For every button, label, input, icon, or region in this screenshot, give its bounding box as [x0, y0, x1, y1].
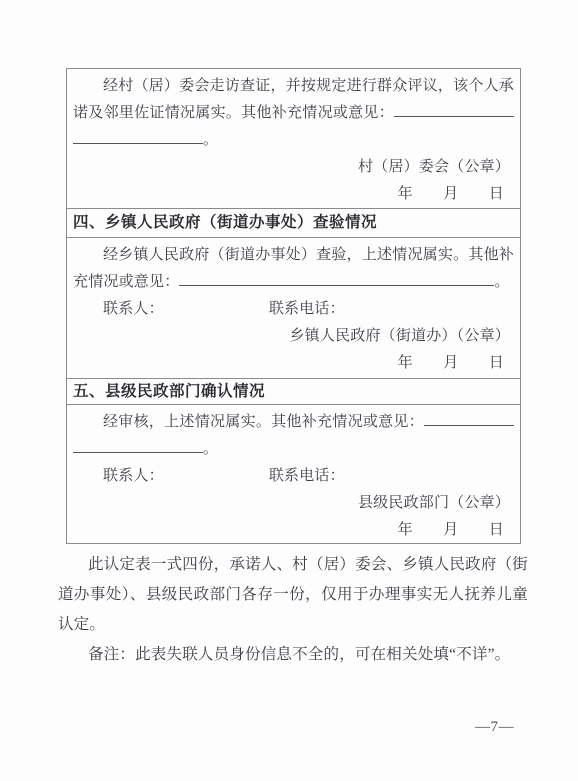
township-phone-label: 联系电话：: [269, 301, 345, 317]
county-civil-affairs-section: 经审核，上述情况属实。其他补充情况或意见：。 联系人：联系电话： 县级民政部门（…: [67, 404, 520, 543]
page-number: —7—: [475, 716, 514, 738]
section5-header: 五、县级民政部门确认情况: [67, 378, 520, 404]
county-seal-label: 县级民政部门（公章）: [73, 490, 514, 517]
county-supplement-blank-1: [424, 412, 514, 426]
county-statement-paragraph: 经审核，上述情况属实。其他补充情况或意见：。: [73, 409, 514, 463]
distribution-note: 此认定表一式四份，承诺人、村（居）委会、乡镇人民政府（街道办事处）、县级民政部门…: [58, 550, 528, 640]
village-seal-label: 村（居）委会（公章）: [73, 154, 514, 181]
village-statement-period: 。: [203, 132, 218, 148]
village-statement-paragraph: 经村（居）委会走访查证，并按规定进行群众评议，该个人承诺及邻里佐证情况属实。其他…: [73, 73, 514, 154]
scanned-form-page: { "village_section": { "statement": "经村（…: [0, 0, 578, 781]
village-supplement-blank-1: [394, 103, 514, 117]
verification-form-table: 经村（居）委会走访查证，并按规定进行群众评议，该个人承诺及邻里佐证情况属实。其他…: [66, 68, 521, 544]
section5-title: 五、县级民政部门确认情况: [73, 383, 265, 400]
county-date-line: 年 月 日: [73, 517, 514, 543]
village-date-line: 年 月 日: [73, 181, 514, 208]
township-contact-label: 联系人：: [103, 301, 164, 317]
footer-notes: 此认定表一式四份，承诺人、村（居）委会、乡镇人民政府（街道办事处）、县级民政部门…: [58, 550, 528, 670]
village-supplement-blank-2: [73, 130, 203, 144]
village-committee-section: 经村（居）委会走访查证，并按规定进行群众评议，该个人承诺及邻里佐证情况属实。其他…: [67, 69, 520, 208]
county-statement-period: 。: [203, 441, 218, 457]
county-contact-line: 联系人：联系电话：: [73, 463, 514, 490]
township-seal-label: 乡镇人民政府（街道办）（公章）: [73, 323, 514, 350]
section4-header: 四、乡镇人民政府（街道办事处）查验情况: [67, 208, 520, 237]
county-phone-label: 联系电话：: [269, 468, 345, 484]
township-contact-line: 联系人：联系电话：: [73, 296, 514, 323]
county-supplement-blank-2: [73, 439, 203, 453]
county-contact-label: 联系人：: [103, 468, 164, 484]
section4-title: 四、乡镇人民政府（街道办事处）查验情况: [73, 214, 377, 231]
township-supplement-blank: [179, 272, 494, 286]
remark-note: 备注：此表失联人员身份信息不全的，可在相关处填“不详”。: [58, 640, 528, 670]
township-statement-period: 。: [494, 274, 509, 290]
township-date-line: 年 月 日: [73, 350, 514, 377]
county-statement-text: 经审核，上述情况属实。其他补充情况或意见：: [103, 414, 424, 430]
township-government-section: 经乡镇人民政府（街道办事处）查验，上述情况属实。其他补充情况或意见：。 联系人：…: [67, 237, 520, 378]
township-statement-paragraph: 经乡镇人民政府（街道办事处）查验，上述情况属实。其他补充情况或意见：。: [73, 242, 514, 296]
